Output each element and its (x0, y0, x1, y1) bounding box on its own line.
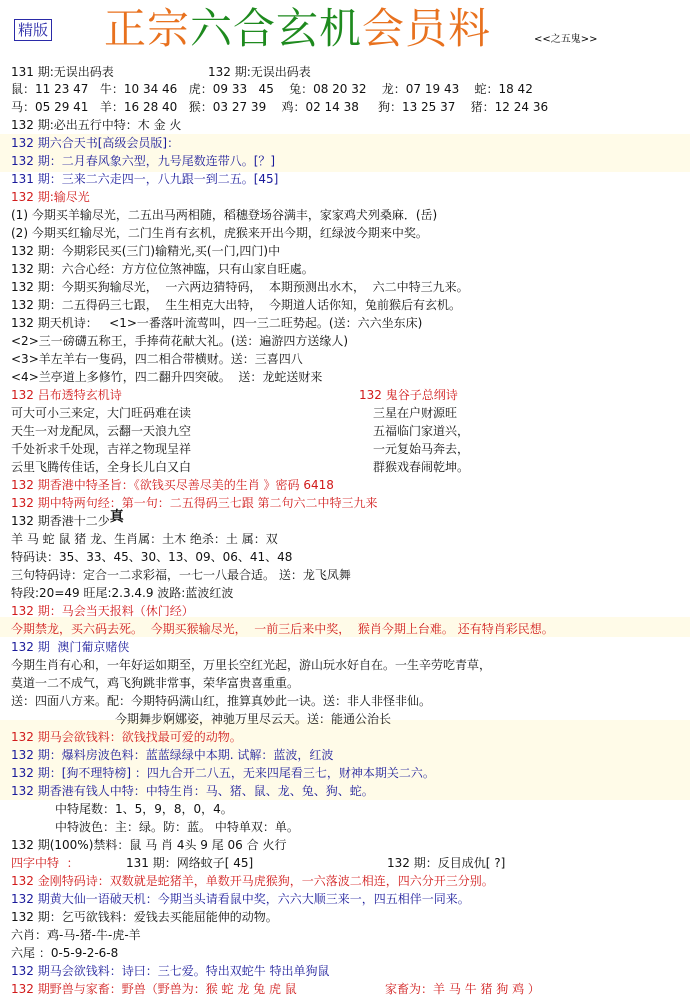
code-table-row: 马：05 29 41 羊：16 28 40 猴：03 27 39 鸡：02 14… (11, 98, 548, 116)
tianshu-title: 132 期六合天书[高级会员版]： (11, 134, 179, 152)
jiachu: 家畜为：羊 马 牛 猪 狗 鸡 ） (385, 980, 540, 998)
shujinguang-line: 132 期：今期买狗输尽光， 一六两边猜特码， 本期预测出水木， 六二中特三九来… (11, 278, 469, 296)
liuxiao: 六肖：鸡-马-猪-牛-虎-羊 (11, 926, 141, 944)
wuxing-line: 132 期:必出五行中特：木 金 火 (11, 116, 181, 134)
shujinguang-title: 132 期:输尽光 (11, 188, 90, 206)
hk-shier-title: 132 期香港十二少真 (11, 512, 124, 530)
title-part-1: 正宗 (104, 4, 190, 53)
subtitle: <<之五鬼>> (534, 30, 598, 45)
guiguzi-poem-line: 五福临门家道兴， (373, 422, 469, 440)
sizi-label: 四字中特 ： (11, 854, 79, 872)
qigai: 132 期：乞丐欲钱料：爱钱去买能屈能伸的动物。 (11, 908, 278, 926)
yeshou: 132 期野兽与家畜：野兽（野兽为：猴 蛇 龙 兔 虎 鼠 (11, 980, 297, 998)
code-table-right-title: 132 期:无误出码表 (208, 63, 311, 81)
jingang-poem: 132 金刚特码诗：双数就是蛇猪羊，单数开马虎猴狗，一六落波二相连，四六分开三分… (11, 872, 494, 890)
youqianren: 132 期香港有钱人中特：中特生肖：马、猪、鼠、龙、兔、狗、蛇。 (11, 782, 374, 800)
sizi-131: 131 期：网络蚊子[ 45] (126, 854, 253, 872)
mahui-baoliao-title: 132 期：马会当天报料（休门经） (11, 602, 194, 620)
macau-line: 今期舞步婀娜姿，神驰万里尽云天。送：能通公治长 (115, 710, 391, 728)
shujinguang-line: (1) 今期买羊输尽光，二五出马两相随，稻穗登场谷满丰，家家鸡犬列桑麻．(岳) (11, 206, 437, 224)
hk-shier-title-text: 132 期香港十二少 (11, 514, 110, 528)
badge: 精版 (14, 19, 52, 41)
lvbu-poem-line: 可大可小三来定，大门旺码难在读 (11, 404, 191, 422)
guiguzi-poem-line: 一元复始马奔去， (373, 440, 469, 458)
page-title: 正宗六合玄机会员料 (104, 4, 491, 54)
sanju-poem: 三句特码诗：定合一二求彩福，一七一八最合适。 送：龙飞凤舞 (11, 566, 351, 584)
mahui-baoliao-line: 今期禁龙，买六码去死。 今期买猴输尽光， 一前三后来中奖， 猴肖今期上台难。 还… (11, 620, 554, 638)
shiyue: 132 期马会欲钱料：诗曰：三七爱。特出双蛇牛 特出单狗鼠 (11, 962, 330, 980)
lvbu-poem-line: 天生一对龙配凤，云翻一天浪九空 (11, 422, 191, 440)
shujinguang-line: 132 期：六合心经：方方位位煞神臨，只有山家自旺處。 (11, 260, 314, 278)
hk-shier-zodiac: 羊 马 蛇 鼠 猪 龙、生肖属：土木 绝杀：土 属：双 (11, 530, 278, 548)
shujinguang-line: 132 期：二五得码三七跟， 生生相克大出特， 今期道人话你知，兔前猴后有玄机。 (11, 296, 461, 314)
lvbu-poem-line: 千处祈求千处现，吉祥之物现呈祥 (11, 440, 191, 458)
tianjishi-line: <2>三一磅礴五称王，手捧荷花献大礼。(送：遍游四方送缘人) (11, 332, 348, 350)
macau-line: 今期生肖有心和，一年好运如期至，万里长空红光起，游山玩水好自在。一生辛劳吃青草， (11, 656, 491, 674)
hk-shengzhi: 132 期香港中特圣旨：《欲钱买尽善尽美的生肖 》密码 6418 (11, 476, 334, 494)
title-part-2: 六合玄机 (190, 4, 362, 53)
shujinguang-line: (2) 今期买红输尽光，二门生肖有玄机，虎猴来开出今期，红绿波今期来中奖。 (11, 224, 428, 242)
liuwei: 六尾 ：0-5-9-2-6-8 (11, 944, 118, 962)
tianshu-line: 132 期：二月春风象六型，九号尾数连带八。[？] (11, 152, 275, 170)
guiguzi-poem-title: 132 鬼谷子总纲诗 (359, 386, 458, 404)
goubuli: 132 期：[狗不理特榜] ：四九合开二八五，无来四尾看三七，财神本期关二六。 (11, 764, 435, 782)
temajue: 特码诀：35、33、45、30、13、09、06、41、48 (11, 548, 292, 566)
bose-liao: 132 期：爆料房波色料：蓝蓝绿绿中本期. 试解：蓝波，红波 (11, 746, 333, 764)
macau-line: 送：四面八方来。配：今期特码满山红，推算真妙此一诀。送：非人非怪非仙。 (11, 692, 431, 710)
tianjishi-line: 132 期天机诗： <1>一番落叶流莺叫，四一三二旺势起。(送：六六坐东床) (11, 314, 422, 332)
stamp-text: 真 (110, 509, 124, 525)
guiguzi-poem-line: 三星在户财源旺 (373, 404, 457, 422)
code-table-left-title: 131 期:无误出码表 (11, 63, 114, 81)
sizi-132: 132 期：反目成仇[ ?] (387, 854, 505, 872)
huangdaxian: 132 期黄大仙一语破天机：今期当头请看鼠中奖，六六大顺三来一，四五相伴一同来。 (11, 890, 470, 908)
title-part-3: 会员料 (362, 4, 491, 53)
lvbu-poem-title: 132 吕布透特玄机诗 (11, 386, 122, 404)
jinliao: 132 期(100%)禁料：鼠 马 肖 4头 9 尾 06 合 火行 (11, 836, 286, 854)
macau-line: 莫道一二不成气，鸡飞狗跳非常事，荣华富贵喜重重。 (11, 674, 299, 692)
tianjishi-line: <3>羊左羊右一隻码，四二相合带横财。送：三喜四八 (11, 350, 303, 368)
mahui-yuqian: 132 期马会欲钱料：欲钱找最可爱的动物。 (11, 728, 242, 746)
lvbu-poem-line: 云里飞腾传佳话，全身长儿白又白 (11, 458, 191, 476)
shujinguang-line: 132 期：今期彩民买(三门)输精光,买(一门,四门)中 (11, 242, 280, 260)
guiguzi-poem-line: 群猴戏春闹乾坤。 (373, 458, 469, 476)
header: 精版 正宗六合玄机会员料 <<之五鬼>> (0, 0, 690, 58)
teduan: 特段:20=49 旺尾:2.3.4.9 波路:蓝波红波 (11, 584, 233, 602)
bose-danshuang: 中特波色：主：绿。防：蓝。 中特单双：单。 (55, 818, 299, 836)
code-table-row: 鼠：11 23 47 牛：10 34 46 虎：09 33 45 兔：08 20… (11, 80, 533, 98)
liangjujing: 132 期中特两句经：第一句：二五得码三七跟 第二句六二中特三九来 (11, 494, 378, 512)
weishu: 中特尾数：1、5，9，8，0，4。 (55, 800, 233, 818)
tianjishi-line: <4>兰亭道上多修竹，四二翻升四突破。 送：龙蛇送财来 (11, 368, 322, 386)
macau-title: 132 期 澳门葡京赌侠 (11, 638, 129, 656)
tianshu-line: 131 期：三来二六走四一，八九跟一到二五。[45] (11, 170, 278, 188)
